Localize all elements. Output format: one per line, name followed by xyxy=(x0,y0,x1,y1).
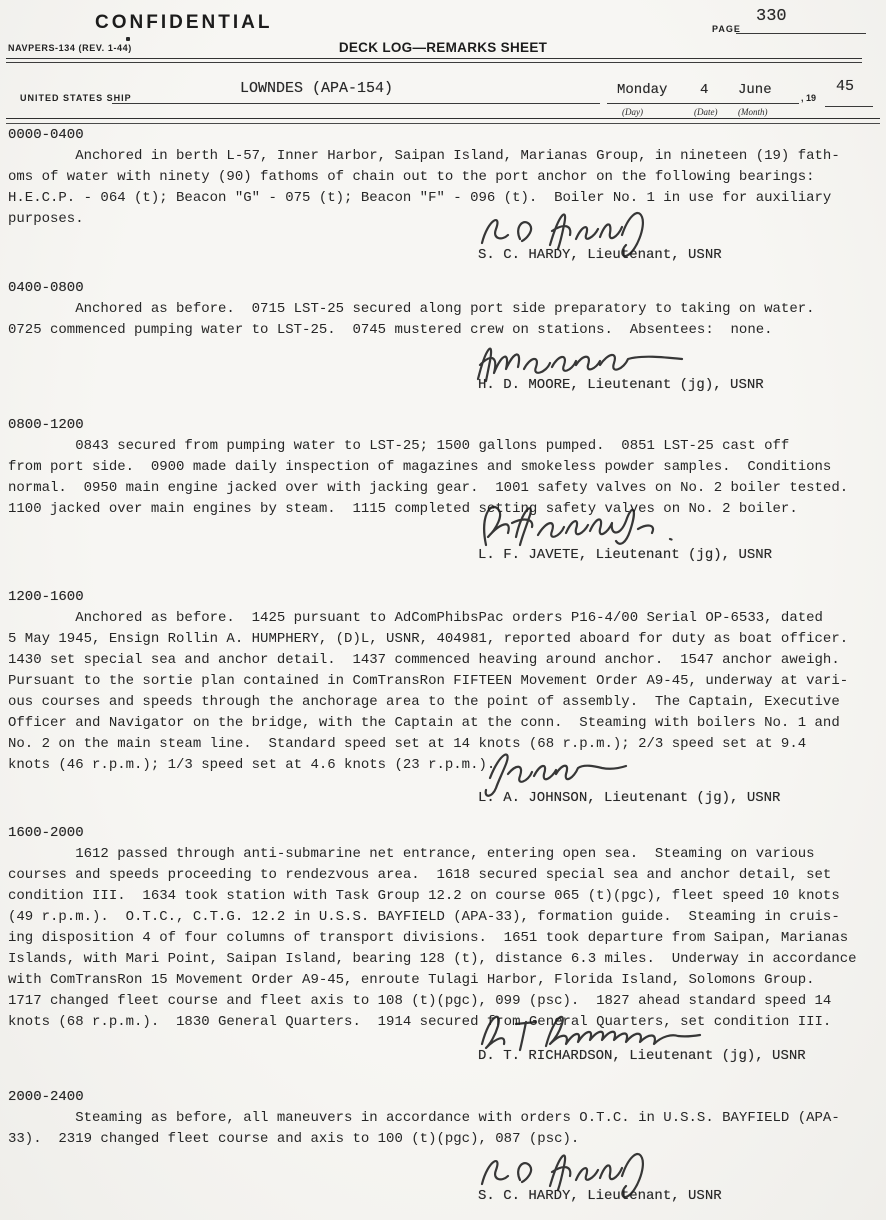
log-entry-line: Officer and Navigator on the bridge, wit… xyxy=(8,713,876,734)
signature-block: S. C. HARDY, Lieutenant, USNR xyxy=(478,245,722,266)
log-entry-text: 1612 passed through anti-submarine net e… xyxy=(8,844,876,1033)
date-day-value: Monday xyxy=(617,80,667,101)
log-entry-line: Pursuant to the sortie plan contained in… xyxy=(8,671,876,692)
log-entry-text: Anchored as before. 0715 LST-25 secured … xyxy=(8,299,876,341)
log-entry-text: 0843 secured from pumping water to LST-2… xyxy=(8,436,876,520)
log-section-0800-1200: 0800-1200 0843 secured from pumping wate… xyxy=(8,415,876,566)
log-entry-line: purposes. xyxy=(8,209,876,230)
signature-typed-name: L. A. JOHNSON, Lieutenant (jg), USNR xyxy=(478,788,780,809)
log-entry-line: 1100 jacked over main engines by steam. … xyxy=(8,499,876,520)
watch-time-range: 0400-0800 xyxy=(8,278,876,299)
watch-time-range: 0000-0400 xyxy=(8,125,876,146)
year-underline xyxy=(825,106,873,107)
date-underline xyxy=(607,103,799,104)
log-entry-line: Anchored as before. 1425 pursuant to AdC… xyxy=(8,608,876,629)
log-entry-line: H.E.C.P. - 064 (t); Beacon "G" - 075 (t)… xyxy=(8,188,876,209)
log-section-2000-2400: 2000-2400 Steaming as before, all maneuv… xyxy=(8,1087,876,1207)
signature-block: L. F. JAVETE, Lieutenant (jg), USNR xyxy=(478,545,772,566)
signature-typed-name: D. T. RICHARDSON, Lieutenant (jg), USNR xyxy=(478,1046,806,1067)
log-entry-line: with ComTransRon 15 Movement Order A9-45… xyxy=(8,970,876,991)
log-entry-line: 1612 passed through anti-submarine net e… xyxy=(8,844,876,865)
watch-time-range: 0800-1200 xyxy=(8,415,876,436)
signature-block: L. A. JOHNSON, Lieutenant (jg), USNR xyxy=(478,788,780,809)
log-entry-text: Steaming as before, all maneuvers in acc… xyxy=(8,1108,876,1150)
month-field-label: (Month) xyxy=(738,107,768,117)
log-entry-line: from port side. 0900 made daily inspecti… xyxy=(8,457,876,478)
log-entry-line: ous courses and speeds through the ancho… xyxy=(8,692,876,713)
ship-name-underline xyxy=(112,103,600,104)
log-entry-line: knots (46 r.p.m.); 1/3 speed set at 4.6 … xyxy=(8,755,876,776)
log-entry-text: Anchored as before. 1425 pursuant to AdC… xyxy=(8,608,876,776)
log-section-0400-0800: 0400-0800 Anchored as before. 0715 LST-2… xyxy=(8,278,876,396)
signature-block: S. C. HARDY, Lieutenant, USNR xyxy=(478,1186,722,1207)
log-entry-line: normal. 0950 main engine jacked over wit… xyxy=(8,478,876,499)
header-bottom-rule xyxy=(6,118,880,124)
page-number-underline xyxy=(736,33,866,34)
log-entry-line: Anchored as before. 0715 LST-25 secured … xyxy=(8,299,876,320)
log-entry-line: Steaming as before, all maneuvers in acc… xyxy=(8,1108,876,1129)
log-entry-line: Islands, with Mari Point, Saipan Island,… xyxy=(8,949,876,970)
log-section-0000-0400: 0000-0400 Anchored in berth L-57, Inner … xyxy=(8,125,876,266)
log-entry-line: knots (68 r.p.m.). 1830 General Quarters… xyxy=(8,1012,876,1033)
log-entry-line: 1430 set special sea and anchor detail. … xyxy=(8,650,876,671)
date-field-label: (Date) xyxy=(694,107,718,117)
date-month-value: June xyxy=(738,80,772,101)
ship-name: LOWNDES (APA-154) xyxy=(240,78,393,99)
signature-typed-name: S. C. HARDY, Lieutenant, USNR xyxy=(478,1186,722,1207)
date-date-value: 4 xyxy=(700,80,708,101)
watch-time-range: 2000-2400 xyxy=(8,1087,876,1108)
log-entry-line: condition III. 1634 took station with Ta… xyxy=(8,886,876,907)
log-entry-line: 5 May 1945, Ensign Rollin A. HUMPHERY, (… xyxy=(8,629,876,650)
signature-typed-name: S. C. HARDY, Lieutenant, USNR xyxy=(478,245,722,266)
signature-block: H. D. MOORE, Lieutenant (jg), USNR xyxy=(478,375,764,396)
log-entry-line: 1717 changed fleet course and fleet axis… xyxy=(8,991,876,1012)
log-entry-line: 0843 secured from pumping water to LST-2… xyxy=(8,436,876,457)
classification-stamp: CONFIDENTIAL xyxy=(95,12,272,34)
signature-block: D. T. RICHARDSON, Lieutenant (jg), USNR xyxy=(478,1046,806,1067)
log-entry-line: (49 r.p.m.). O.T.C., C.T.G. 12.2 in U.S.… xyxy=(8,907,876,928)
signature-typed-name: H. D. MOORE, Lieutenant (jg), USNR xyxy=(478,375,764,396)
log-entry-line: ing disposition 4 of four columns of tra… xyxy=(8,928,876,949)
log-section-1600-2000: 1600-2000 1612 passed through anti-subma… xyxy=(8,823,876,1067)
document-title: DECK LOG—REMARKS SHEET xyxy=(0,40,886,55)
log-entry-line: courses and speeds proceeding to rendezv… xyxy=(8,865,876,886)
watch-time-range: 1200-1600 xyxy=(8,587,876,608)
log-entry-line: 0725 commenced pumping water to LST-25. … xyxy=(8,320,876,341)
page-number: 330 xyxy=(756,6,787,27)
header-rule xyxy=(6,58,862,63)
year-prefix-label: , 19 xyxy=(801,93,816,103)
day-field-label: (Day) xyxy=(622,107,643,117)
log-entry-text: Anchored in berth L-57, Inner Harbor, Sa… xyxy=(8,146,876,230)
signature-typed-name: L. F. JAVETE, Lieutenant (jg), USNR xyxy=(478,545,772,566)
log-section-1200-1600: 1200-1600 Anchored as before. 1425 pursu… xyxy=(8,587,876,809)
ship-label: UNITED STATES SHIP xyxy=(20,93,132,103)
log-entry-line: Anchored in berth L-57, Inner Harbor, Sa… xyxy=(8,146,876,167)
year-value: 45 xyxy=(836,76,854,97)
log-entry-line: 33). 2319 changed fleet course and axis … xyxy=(8,1129,876,1150)
log-entry-line: oms of water with ninety (90) fathoms of… xyxy=(8,167,876,188)
deck-log-page: { "header": { "classification": "CONFIDE… xyxy=(0,0,886,1220)
log-entry-line: No. 2 on the main steam line. Standard s… xyxy=(8,734,876,755)
watch-time-range: 1600-2000 xyxy=(8,823,876,844)
